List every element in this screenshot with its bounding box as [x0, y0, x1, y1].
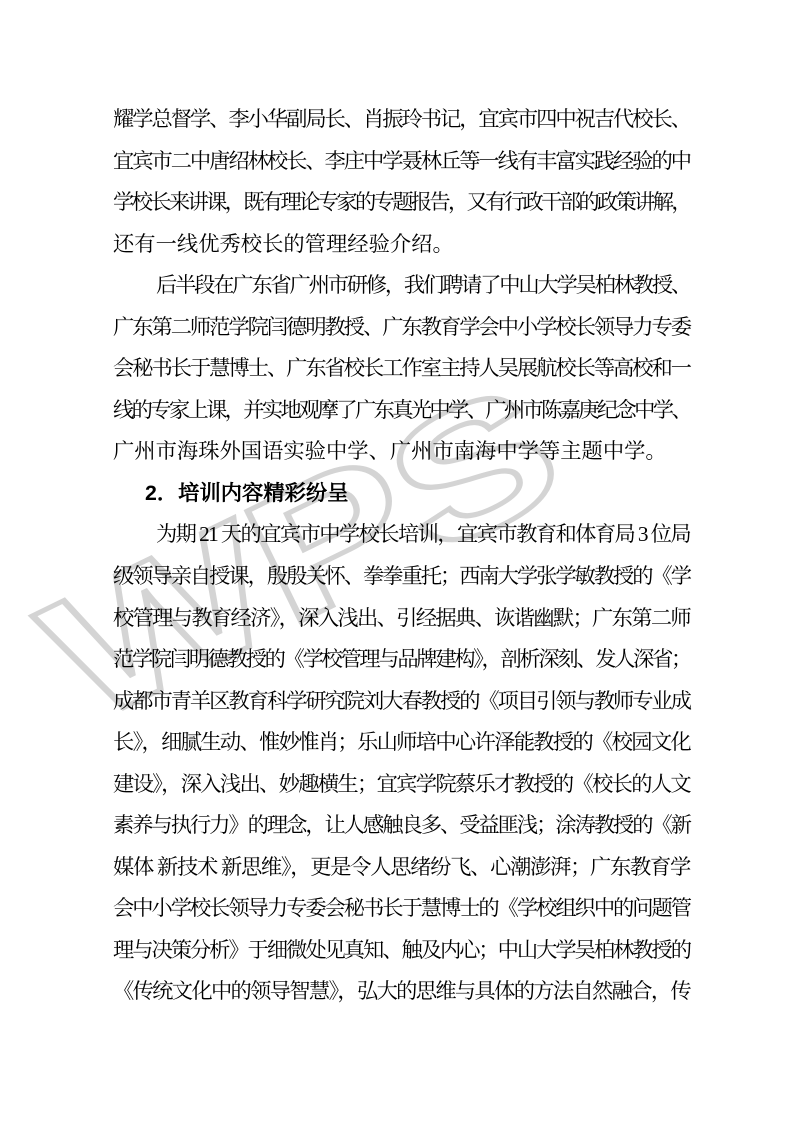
text-line: 素养与执行力》的理念，让人感触良多、受益匪浅；涂涛教授的《新	[113, 805, 690, 847]
text-line: 成都市青羊区教育科学研究院刘大春教授的《项目引领与教师专业成	[113, 681, 690, 723]
text-line: 校管理与教育经济》，深入浅出、引经据典、诙谐幽默；广东第二师	[113, 598, 690, 640]
text-line: 还有一线优秀校长的管理经验介绍。	[113, 224, 690, 266]
text-line-content: 还有一线优秀校长的管理经验介绍。	[113, 232, 454, 256]
text-line-content: 广东第二师范学院闫德明教授、广东教育学会中小学校长领导力专委	[113, 315, 690, 339]
text-line: 会秘书长于慧博士、广东省校长工作室主持人吴展航校长等高校和一	[113, 348, 690, 390]
text-line: 后半段在广东省广州市研修，我们聘请了中山大学吴柏林教授、	[113, 265, 690, 307]
text-line: 媒体 新技术 新思维》，更是令人思绪纷飞、心潮澎湃；广东教育学	[113, 847, 690, 889]
text-line-content: 成都市青羊区教育科学研究院刘大春教授的《项目引领与教师专业成	[113, 689, 690, 713]
text-line: 范学院闫明德教授的《学校管理与品牌建构》，剖析深刻、发人深省；	[113, 639, 690, 681]
text-line-content: 线的专家上课，并实地观摩了广东真光中学、广州市陈嘉庚纪念中学、	[113, 398, 690, 422]
text-line-content: 校管理与教育经济》，深入浅出、引经据典、诙谐幽默；广东第二师	[113, 606, 690, 630]
text-line: 广东第二师范学院闫德明教授、广东教育学会中小学校长领导力专委	[113, 307, 690, 349]
document-body: 耀学总督学、李小华副局长、肖振玲书记，宜宾市四中祝吉代校长、 宜宾市二中唐绍林校…	[113, 99, 690, 1013]
text-line: 理与决策分析》于细微处见真知、触及内心；中山大学吴柏林教授的	[113, 930, 690, 972]
text-line: 级领导亲自授课，殷殷关怀、拳拳重托；西南大学张学敏教授的《学	[113, 556, 690, 598]
text-line: 建设》，深入浅出、妙趣横生；宜宾学院蔡乐才教授的《校长的人文	[113, 764, 690, 806]
text-line-content: 广州市海珠外国语实验中学、广州市南海中学等主题中学。	[113, 439, 667, 463]
document-page: WPS 耀学总督学、李小华副局长、肖振玲书记，宜宾市四中祝吉代校长、 宜宾市二中…	[0, 0, 793, 1122]
text-line: 线的专家上课，并实地观摩了广东真光中学、广州市陈嘉庚纪念中学、	[113, 390, 690, 432]
text-line: 耀学总督学、李小华副局长、肖振玲书记，宜宾市四中祝吉代校长、	[113, 99, 690, 141]
text-line-content: 《传统文化中的领导智慧》，弘大的思维与具体的方法自然融合，传	[113, 979, 690, 1003]
text-line: 学校长来讲课，既有理论专家的专题报告，又有行政干部的政策讲解，	[113, 182, 690, 224]
text-line-content: 理与决策分析》于细微处见真知、触及内心；中山大学吴柏林教授的	[113, 938, 690, 962]
text-line: 广州市海珠外国语实验中学、广州市南海中学等主题中学。	[113, 431, 690, 473]
text-line-content: 范学院闫明德教授的《学校管理与品牌建构》，剖析深刻、发人深省；	[113, 647, 690, 671]
text-line-content: 会秘书长于慧博士、广东省校长工作室主持人吴展航校长等高校和一	[113, 356, 690, 380]
text-line: 为期 21 天的宜宾市中学校长培训，宜宾市教育和体育局 3 位局	[113, 514, 690, 556]
text-line-content: 媒体 新技术 新思维》，更是令人思绪纷飞、心潮澎湃；广东教育学	[113, 855, 690, 879]
text-line-content: 为期 21 天的宜宾市中学校长培训，宜宾市教育和体育局 3 位局	[156, 522, 690, 546]
section-heading: 2．培训内容精彩纷呈	[113, 473, 690, 515]
text-line-content: 会中小学校长领导力专委会秘书长于慧博士的《学校组织中的问题管	[113, 896, 690, 920]
text-line-content: 宜宾市二中唐绍林校长、李庄中学聂林丘等一线有丰富实践经验的中	[113, 149, 690, 173]
text-line-content: 耀学总督学、李小华副局长、肖振玲书记，宜宾市四中祝吉代校长、	[113, 107, 690, 131]
text-line: 长》，细腻生动、惟妙惟肖；乐山师培中心许泽能教授的《校园文化	[113, 722, 690, 764]
text-line-content: 学校长来讲课，既有理论专家的专题报告，又有行政干部的政策讲解，	[113, 190, 690, 214]
section-heading-text: 2．培训内容精彩纷呈	[145, 481, 349, 505]
text-line-content: 长》，细腻生动、惟妙惟肖；乐山师培中心许泽能教授的《校园文化	[113, 730, 690, 754]
text-line-content: 后半段在广东省广州市研修，我们聘请了中山大学吴柏林教授、	[156, 273, 690, 297]
text-line-content: 素养与执行力》的理念，让人感触良多、受益匪浅；涂涛教授的《新	[113, 813, 690, 837]
text-line-content: 级领导亲自授课，殷殷关怀、拳拳重托；西南大学张学敏教授的《学	[113, 564, 690, 588]
text-line: 会中小学校长领导力专委会秘书长于慧博士的《学校组织中的问题管	[113, 888, 690, 930]
text-line-content: 建设》，深入浅出、妙趣横生；宜宾学院蔡乐才教授的《校长的人文	[113, 772, 690, 796]
text-line: 《传统文化中的领导智慧》，弘大的思维与具体的方法自然融合，传	[113, 971, 690, 1013]
text-line: 宜宾市二中唐绍林校长、李庄中学聂林丘等一线有丰富实践经验的中	[113, 141, 690, 183]
